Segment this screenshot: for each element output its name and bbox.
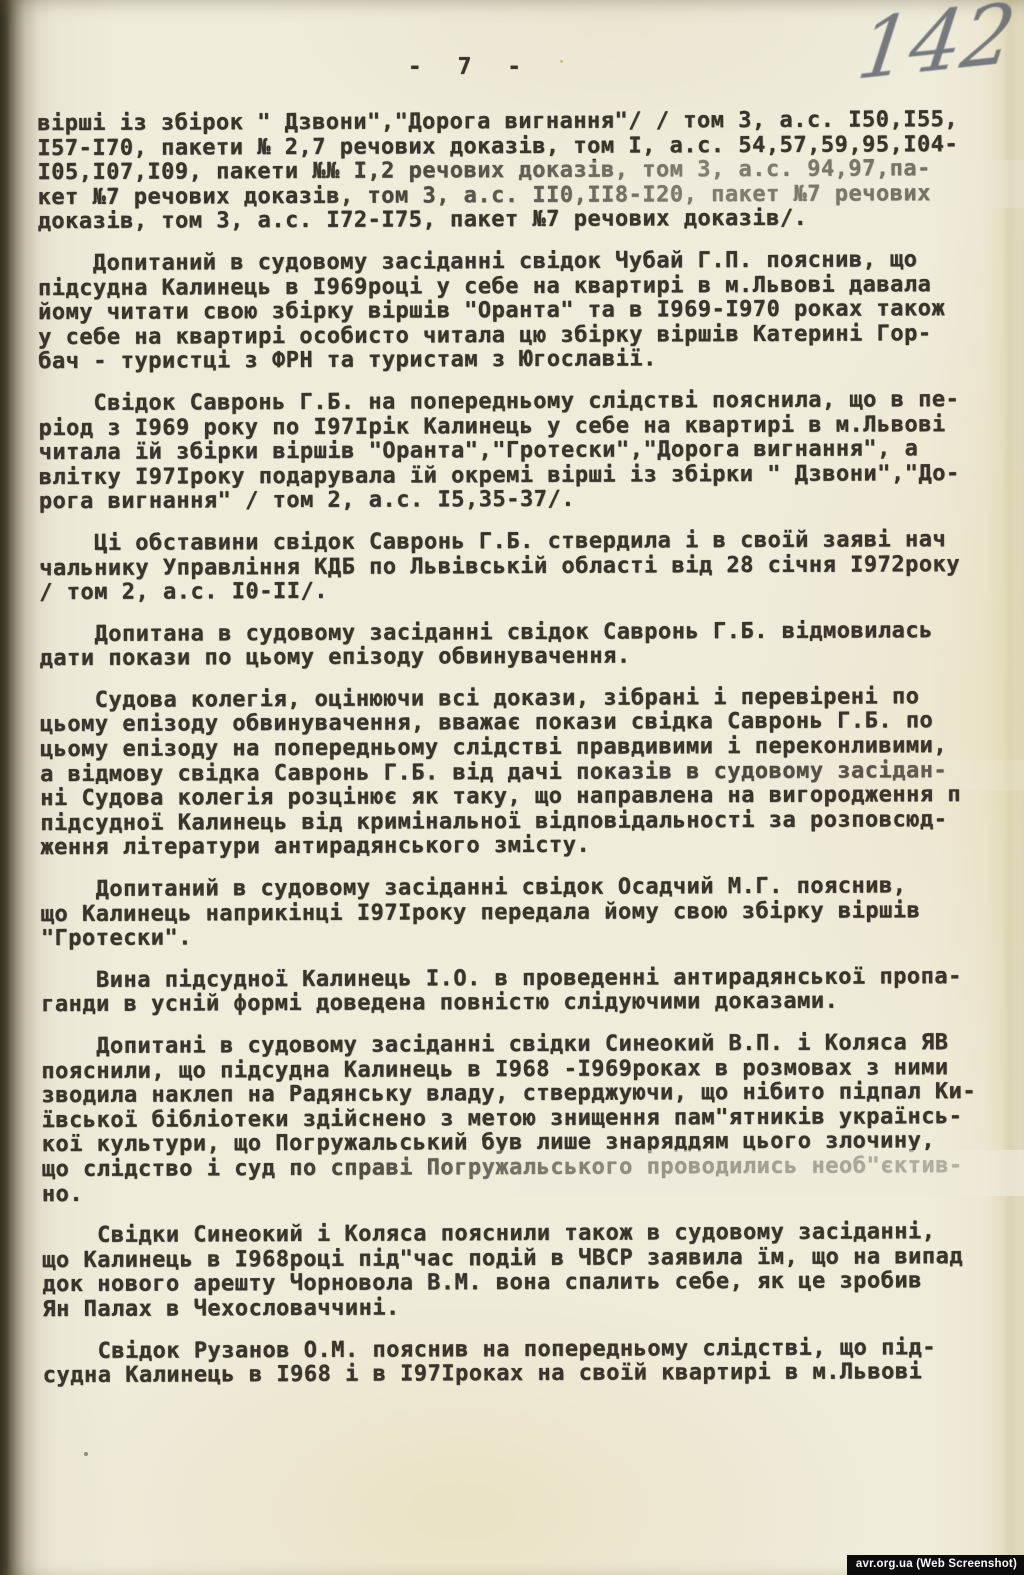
paper-speck [560, 60, 563, 63]
watermark-label: avr.org.ua (Web Screenshot) [847, 1555, 1024, 1575]
scanned-document-page: 142 - 7 - вірші із збірок " Дзвони","Дор… [0, 0, 1024, 1575]
paragraph-evidence-references: вірші із збірок " Дзвони","Дорога вигнан… [37, 108, 1008, 235]
paragraph-ruzanov-testimony: Свідок Рузанов О.М. пояснив на попереднь… [43, 1335, 1013, 1388]
paragraph-court-assessment: Судова колегія, оцінюючи всі докази, зіб… [40, 685, 1011, 861]
document-text: вірші із збірок " Дзвони","Дорога вигнан… [37, 108, 1013, 1406]
paragraph-osadchyi-testimony: Допитаний в судовому засіданні свідок Ос… [41, 874, 1011, 952]
paragraph-syneokyi-koliasa-testimony: Допитані в судовому засіданні свідки Син… [41, 1031, 1012, 1207]
typed-page-number: - 7 - [0, 54, 940, 80]
paragraph-savron-refusal: Допитана в судовому засіданні свідок Сав… [39, 619, 1009, 672]
paragraph-chubai-testimony: Допитаний в судовому засіданні свідок Чу… [38, 248, 1009, 375]
paragraph-guilt-conclusion: Вина підсудної Калинець I.О. в проведенн… [41, 965, 1011, 1018]
paragraph-savron-pretrial-testimony: Свідок Савронь Г.Б. на попередньому слід… [38, 388, 1009, 515]
paragraph-chssr-statement: Свідки Синеокий і Коляса пояснили також … [42, 1220, 1012, 1323]
paragraph-savron-kgb-statement: Ці обставини свідок Савронь Г.Б. стверди… [39, 528, 1009, 606]
paper-speck [84, 1452, 88, 1456]
